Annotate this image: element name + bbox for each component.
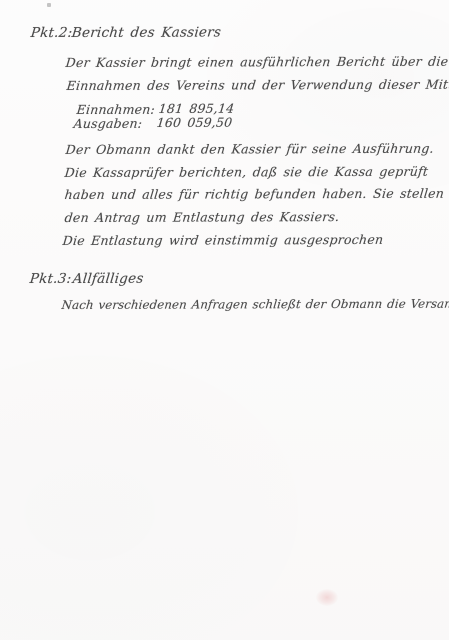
section-title-pkt2: Bericht des Kassiers [71, 24, 222, 41]
handwritten-line: Einnahmen des Vereins und der Verwendung… [66, 77, 449, 93]
scanned-page: Pkt.2: Bericht des Kassiers Der Kassier … [0, 0, 449, 640]
amount-label-ausgaben: Ausgaben: [73, 116, 143, 131]
amount-value-ausgaben: 160 059,50 [156, 115, 233, 130]
handwritten-line: haben und alles für richtig befunden hab… [64, 186, 445, 202]
pink-smudge-mark [316, 589, 338, 606]
section-label-pkt2: Pkt.2: [30, 25, 73, 41]
handwritten-line: den Antrag um Entlastung des Kassiers. [64, 209, 340, 225]
handwritten-line: Der Obmann dankt den Kassier für seine A… [65, 141, 435, 157]
paper-speck [47, 3, 51, 7]
section-title-pkt3: Allfälliges [72, 271, 144, 287]
handwritten-line: Die Entlastung wird einstimmig ausgespro… [62, 232, 384, 248]
amount-label-einnahmen: Einnahmen: [76, 102, 156, 117]
amount-value-einnahmen: 181 895,14 [158, 101, 235, 116]
handwritten-line: Nach verschiedenen Anfragen schließt der… [61, 296, 449, 312]
handwritten-line: Der Kassier bringt einen ausführlichen B… [65, 54, 449, 70]
section-label-pkt3: Pkt.3: [29, 271, 72, 287]
handwritten-line: Die Kassaprüfer berichten, daß sie die K… [64, 164, 429, 180]
